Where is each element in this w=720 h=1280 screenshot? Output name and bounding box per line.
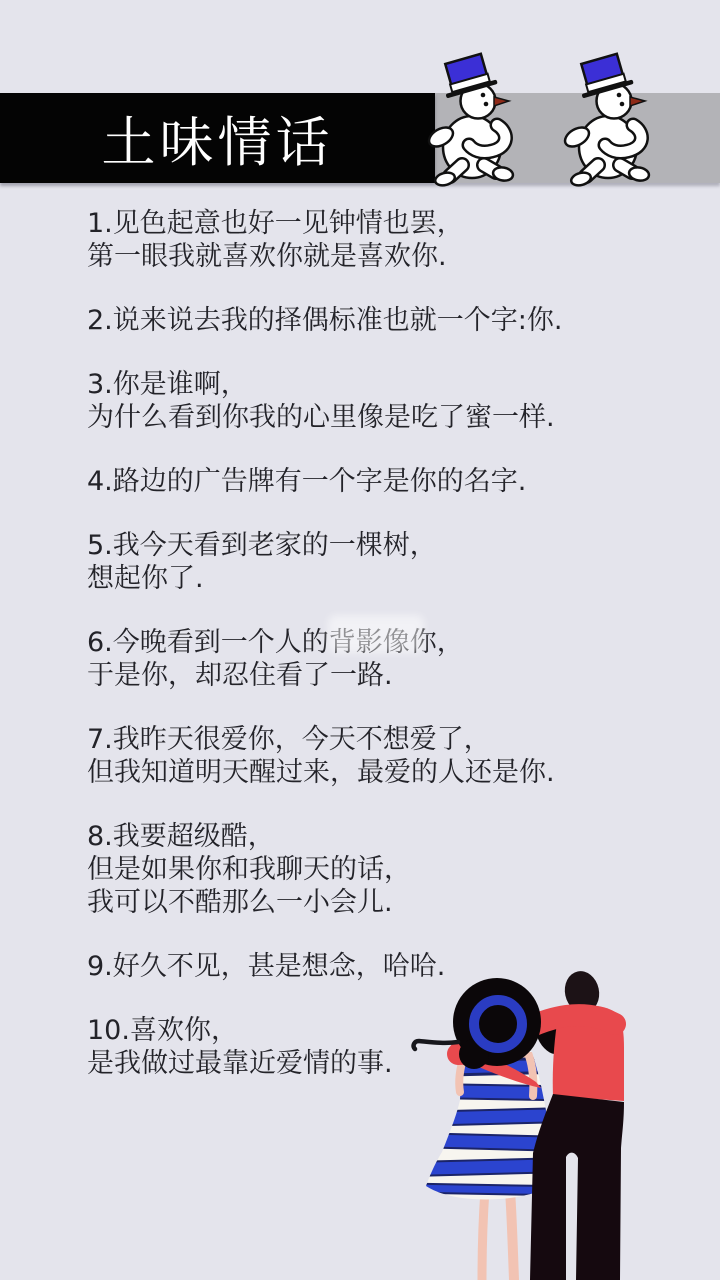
quote-line: 5.我今天看到老家的一棵树， [87,529,697,562]
watermark-overlay [328,615,424,653]
quote-line: 7.我昨天很爱你，今天不想爱了， [87,723,697,756]
quote-item: 1.见色起意也好一见钟情也罢，第一眼我就喜欢你就是喜欢你. [87,207,697,273]
title-bar: 土味情话 [0,93,435,183]
quote-line: 于是你，却忍住看了一路. [87,659,697,692]
quote-line: 8.我要超级酷， [87,820,697,853]
quote-line: 为什么看到你我的心里像是吃了蜜一样. [87,401,697,434]
poster-page: 土味情话 [0,0,720,1280]
couple-illustration [400,956,720,1280]
man-trousers [530,1094,624,1280]
quote-item: 4.路边的广告牌有一个字是你的名字. [87,465,697,498]
quote-line: 1.见色起意也好一见钟情也罢， [87,207,697,240]
quote-item: 2.说来说去我的择偶标准也就一个字:你. [87,304,697,337]
quote-line: 但是如果你和我聊天的话， [87,853,697,886]
quote-item: 5.我今天看到老家的一棵树，想起你了. [87,529,697,595]
quote-item: 3.你是谁啊，为什么看到你我的心里像是吃了蜜一样. [87,368,697,434]
quote-line: 3.你是谁啊， [87,368,697,401]
snowman-icon [426,52,514,188]
quote-line: 但我知道明天醒过来，最爱的人还是你. [87,756,697,789]
snowman-icon [562,52,650,188]
quote-line: 4.路边的广告牌有一个字是你的名字. [87,465,697,498]
woman-legs [482,1190,514,1280]
quote-item: 7.我昨天很爱你，今天不想爱了，但我知道明天醒过来，最爱的人还是你. [87,723,697,789]
quote-item: 8.我要超级酷，但是如果你和我聊天的话，我可以不酷那么一小会儿. [87,820,697,919]
page-title: 土味情话 [102,100,334,177]
snowmen-illustration [428,57,688,187]
quote-line: 想起你了. [87,562,697,595]
quote-line: 2.说来说去我的择偶标准也就一个字:你. [87,304,697,337]
quote-line: 我可以不酷那么一小会儿. [87,886,697,919]
quote-line: 第一眼我就喜欢你就是喜欢你. [87,240,697,273]
